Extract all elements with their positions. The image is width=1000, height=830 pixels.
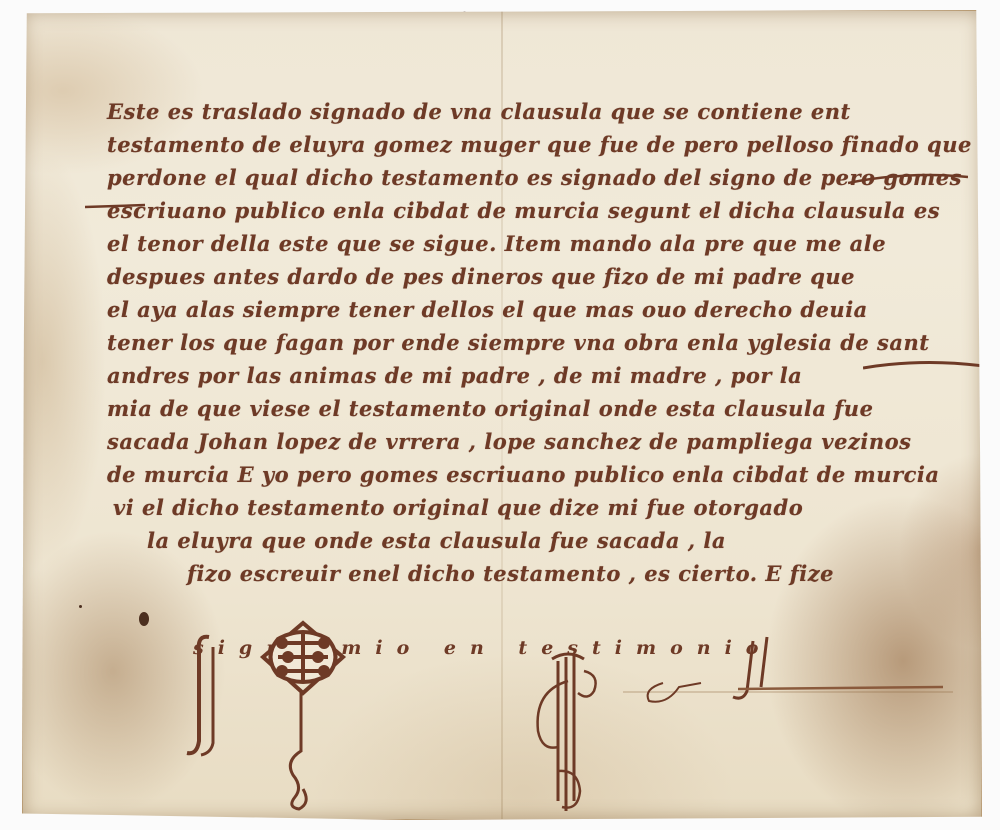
text-line: de murcia E yo pero gomes escriuano publ… — [107, 462, 939, 487]
ink-spot — [463, 9, 466, 12]
ink-spot — [139, 612, 149, 626]
text-line: andres por las animas de mi padre , de m… — [107, 363, 802, 388]
text-line: mia de que viese el testamento original … — [107, 396, 873, 421]
text-line: escriuano publico enla cibdat de murcia … — [107, 198, 940, 223]
text-line: el aya alas siempre tener dellos el que … — [107, 297, 868, 322]
line-end-stroke-icon — [863, 356, 983, 376]
text-line: la eluyra que onde esta clausula fue sac… — [147, 528, 726, 553]
text-line: fizo escreuir enel dicho testamento , es… — [187, 561, 834, 586]
parchment-sheet: Este es traslado signado de vna clausula… — [22, 10, 982, 820]
text-line: despues antes dardo de pes dineros que f… — [107, 264, 855, 289]
ink-spot — [79, 605, 82, 608]
closing-flourish-icon — [623, 631, 943, 711]
page: Este es traslado signado de vna clausula… — [0, 0, 1000, 830]
text-line: tener los que fagan por ende siempre vna… — [107, 330, 929, 355]
text-line: perdone el qual dicho testamento es sign… — [107, 165, 962, 190]
long-s-flourish-icon — [183, 631, 223, 761]
text-line: testamento de eluyra gomez muger que fue… — [107, 132, 1000, 157]
notary-rubric-flourish-icon — [528, 651, 608, 821]
text-line: Este es traslado signado de vna clausula… — [107, 99, 851, 124]
text-line: el tenor della este que se sigue. Item m… — [107, 231, 886, 256]
margin-stroke-icon — [85, 201, 145, 211]
notarial-signum-icon — [248, 619, 358, 699]
text-line: sacada Johan lopez de vrrera , lope sanc… — [107, 429, 911, 454]
line-end-stroke-icon — [848, 169, 968, 189]
text-line: vi el dicho testamento original que dize… — [113, 495, 803, 520]
signum-stem-flourish-icon — [281, 691, 321, 811]
